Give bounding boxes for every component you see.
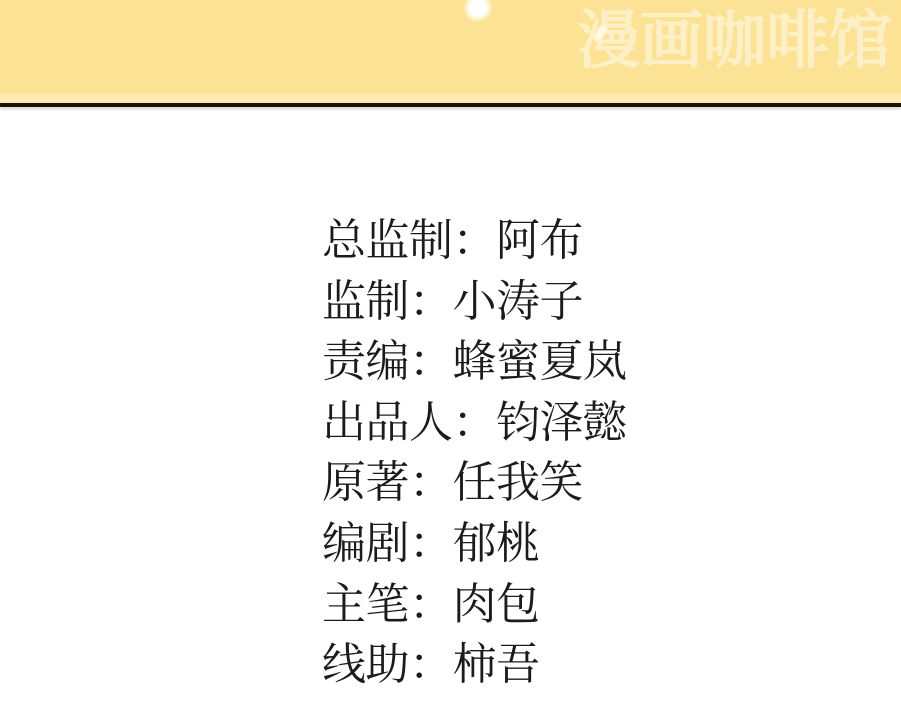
credit-line-lead-artist: 主笔：肉包: [322, 575, 627, 636]
credit-line-publisher: 出品人：钧泽懿: [322, 393, 627, 454]
header-banner: 漫画咖啡馆: [0, 0, 901, 103]
comic-credits-page: 漫画咖啡馆 总监制：阿布 监制：小涛子 责编：蜂蜜夏岚 出品人：钧泽懿 原著：任…: [0, 0, 901, 702]
panel-divider-line: [0, 103, 901, 107]
credits-list: 总监制：阿布 监制：小涛子 责编：蜂蜜夏岚 出品人：钧泽懿 原著：任我笑 编剧：…: [322, 211, 627, 696]
credit-line-original-author: 原著：任我笑: [322, 453, 627, 514]
credit-line-screenwriter: 编剧：郁桃: [322, 514, 627, 575]
credit-line-chief-producer: 总监制：阿布: [322, 211, 627, 272]
credit-line-producer: 监制：小涛子: [322, 272, 627, 333]
credit-line-editor: 责编：蜂蜜夏岚: [322, 332, 627, 393]
sparkle-highlight-icon: [460, 0, 496, 25]
credit-line-line-assistant: 线助：柿吾: [322, 635, 627, 696]
site-watermark: 漫画咖啡馆: [577, 6, 892, 75]
